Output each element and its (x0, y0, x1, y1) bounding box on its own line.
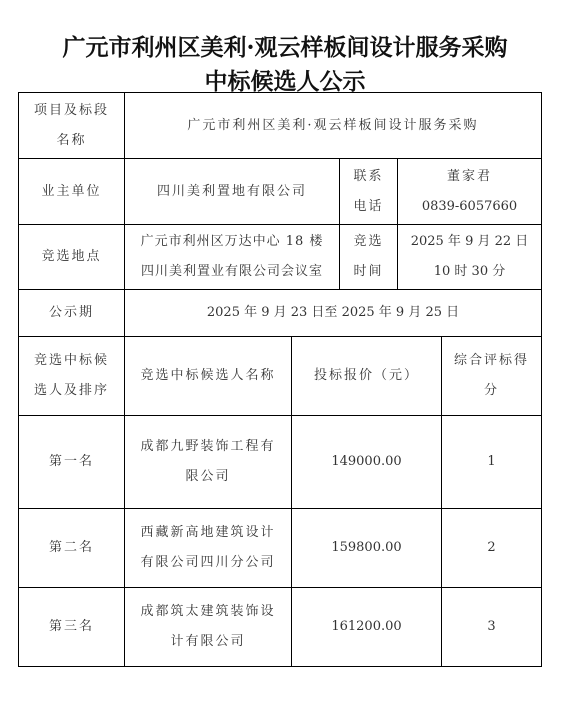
score-value: 3 (487, 612, 495, 642)
project-value: 广元市利州区美利·观云样板间设计服务采购 (187, 111, 478, 141)
location-line-2: 四川美利置业有限公司会议室 (141, 257, 323, 287)
owner-value-cell: 四川美利置地有限公司 (124, 158, 340, 225)
owner-label: 业主单位 (41, 177, 101, 207)
time-line-2: 10 时 30 分 (434, 257, 505, 287)
table-row-2-score: 2 (441, 508, 542, 588)
rank-label: 第二名 (49, 533, 94, 563)
candidate-name-line-1: 西藏新高地建筑设计 (140, 518, 275, 548)
price-header-cell: 投标报价（元） (291, 336, 442, 416)
time-line-1: 2025 年 9 月 22 日 (411, 227, 529, 257)
project-label-cell: 项目及标段 名称 (18, 92, 125, 159)
location-line-1: 广元市利州区万达中心 18 楼 (141, 227, 324, 257)
rank-header-line-2: 选人及排序 (34, 376, 109, 406)
candidate-name-line-2: 有限公司四川分公司 (140, 548, 275, 578)
announcement-table: 项目及标段 名称 广元市利州区美利·观云样板间设计服务采购 业主单位 四川美利置… (19, 93, 542, 667)
table-row-1-name: 成都九野装饰工程有 限公司 (124, 415, 292, 509)
contact-label-line-1: 联系 (353, 162, 383, 192)
time-value-cell: 2025 年 9 月 22 日 10 时 30 分 (397, 224, 542, 290)
project-label-line-1: 项目及标段 (34, 96, 109, 126)
table-row-1-price: 149000.00 (291, 415, 442, 509)
rank-label: 第三名 (49, 612, 94, 642)
contact-name: 董家君 (447, 162, 492, 192)
bid-price: 149000.00 (331, 447, 401, 477)
score-header-line-1: 综合评标得 (454, 346, 529, 376)
candidate-name-line-2: 限公司 (185, 462, 230, 492)
score-header-line-2: 分 (484, 376, 499, 406)
period-value-cell: 2025 年 9 月 23 日至 2025 年 9 月 25 日 (124, 289, 542, 337)
name-header: 竞选中标候选人名称 (140, 361, 275, 391)
location-label: 竞选地点 (41, 242, 101, 272)
candidate-name-line-2: 计有限公司 (170, 627, 245, 657)
period-label-cell: 公示期 (18, 289, 125, 337)
table-row-1-score: 1 (441, 415, 542, 509)
contact-phone: 0839-6057660 (422, 192, 517, 222)
owner-value: 四川美利置地有限公司 (157, 177, 307, 207)
time-label-line-2: 时间 (353, 257, 383, 287)
time-label-line-1: 竞选 (353, 227, 383, 257)
bid-price: 161200.00 (331, 612, 401, 642)
table-row-1-rank: 第一名 (18, 415, 125, 509)
project-value-cell: 广元市利州区美利·观云样板间设计服务采购 (124, 92, 542, 159)
table-row-2-rank: 第二名 (18, 508, 125, 588)
price-header: 投标报价（元） (314, 361, 419, 391)
rank-label: 第一名 (49, 447, 94, 477)
score-value: 2 (487, 533, 495, 563)
period-value: 2025 年 9 月 23 日至 2025 年 9 月 25 日 (207, 298, 459, 328)
contact-label-line-2: 电话 (353, 192, 383, 222)
rank-header-cell: 竞选中标候 选人及排序 (18, 336, 125, 416)
rank-header-line-1: 竞选中标候 (34, 346, 109, 376)
period-label: 公示期 (49, 298, 94, 328)
score-value: 1 (487, 447, 495, 477)
table-row-3-score: 3 (441, 587, 542, 667)
score-header-cell: 综合评标得 分 (441, 336, 542, 416)
time-label-cell: 竞选 时间 (339, 224, 398, 290)
project-label-line-2: 名称 (56, 126, 86, 156)
table-row-2-name: 西藏新高地建筑设计 有限公司四川分公司 (124, 508, 292, 588)
table-row-3-rank: 第三名 (18, 587, 125, 667)
owner-label-cell: 业主单位 (18, 158, 125, 225)
table-row-2-price: 159800.00 (291, 508, 442, 588)
location-value-cell: 广元市利州区万达中心 18 楼 四川美利置业有限公司会议室 (124, 224, 340, 290)
candidate-name-line-1: 成都筑太建筑装饰设 (140, 597, 275, 627)
contact-label-cell: 联系 电话 (339, 158, 398, 225)
location-label-cell: 竞选地点 (18, 224, 125, 290)
bid-price: 159800.00 (331, 533, 401, 563)
contact-value-cell: 董家君 0839-6057660 (397, 158, 542, 225)
candidate-name-line-1: 成都九野装饰工程有 (140, 432, 275, 462)
table-row-3-name: 成都筑太建筑装饰设 计有限公司 (124, 587, 292, 667)
table-row-3-price: 161200.00 (291, 587, 442, 667)
name-header-cell: 竞选中标候选人名称 (124, 336, 292, 416)
page-title-line-1: 广元市利州区美利·观云样板间设计服务采购 (0, 29, 570, 62)
